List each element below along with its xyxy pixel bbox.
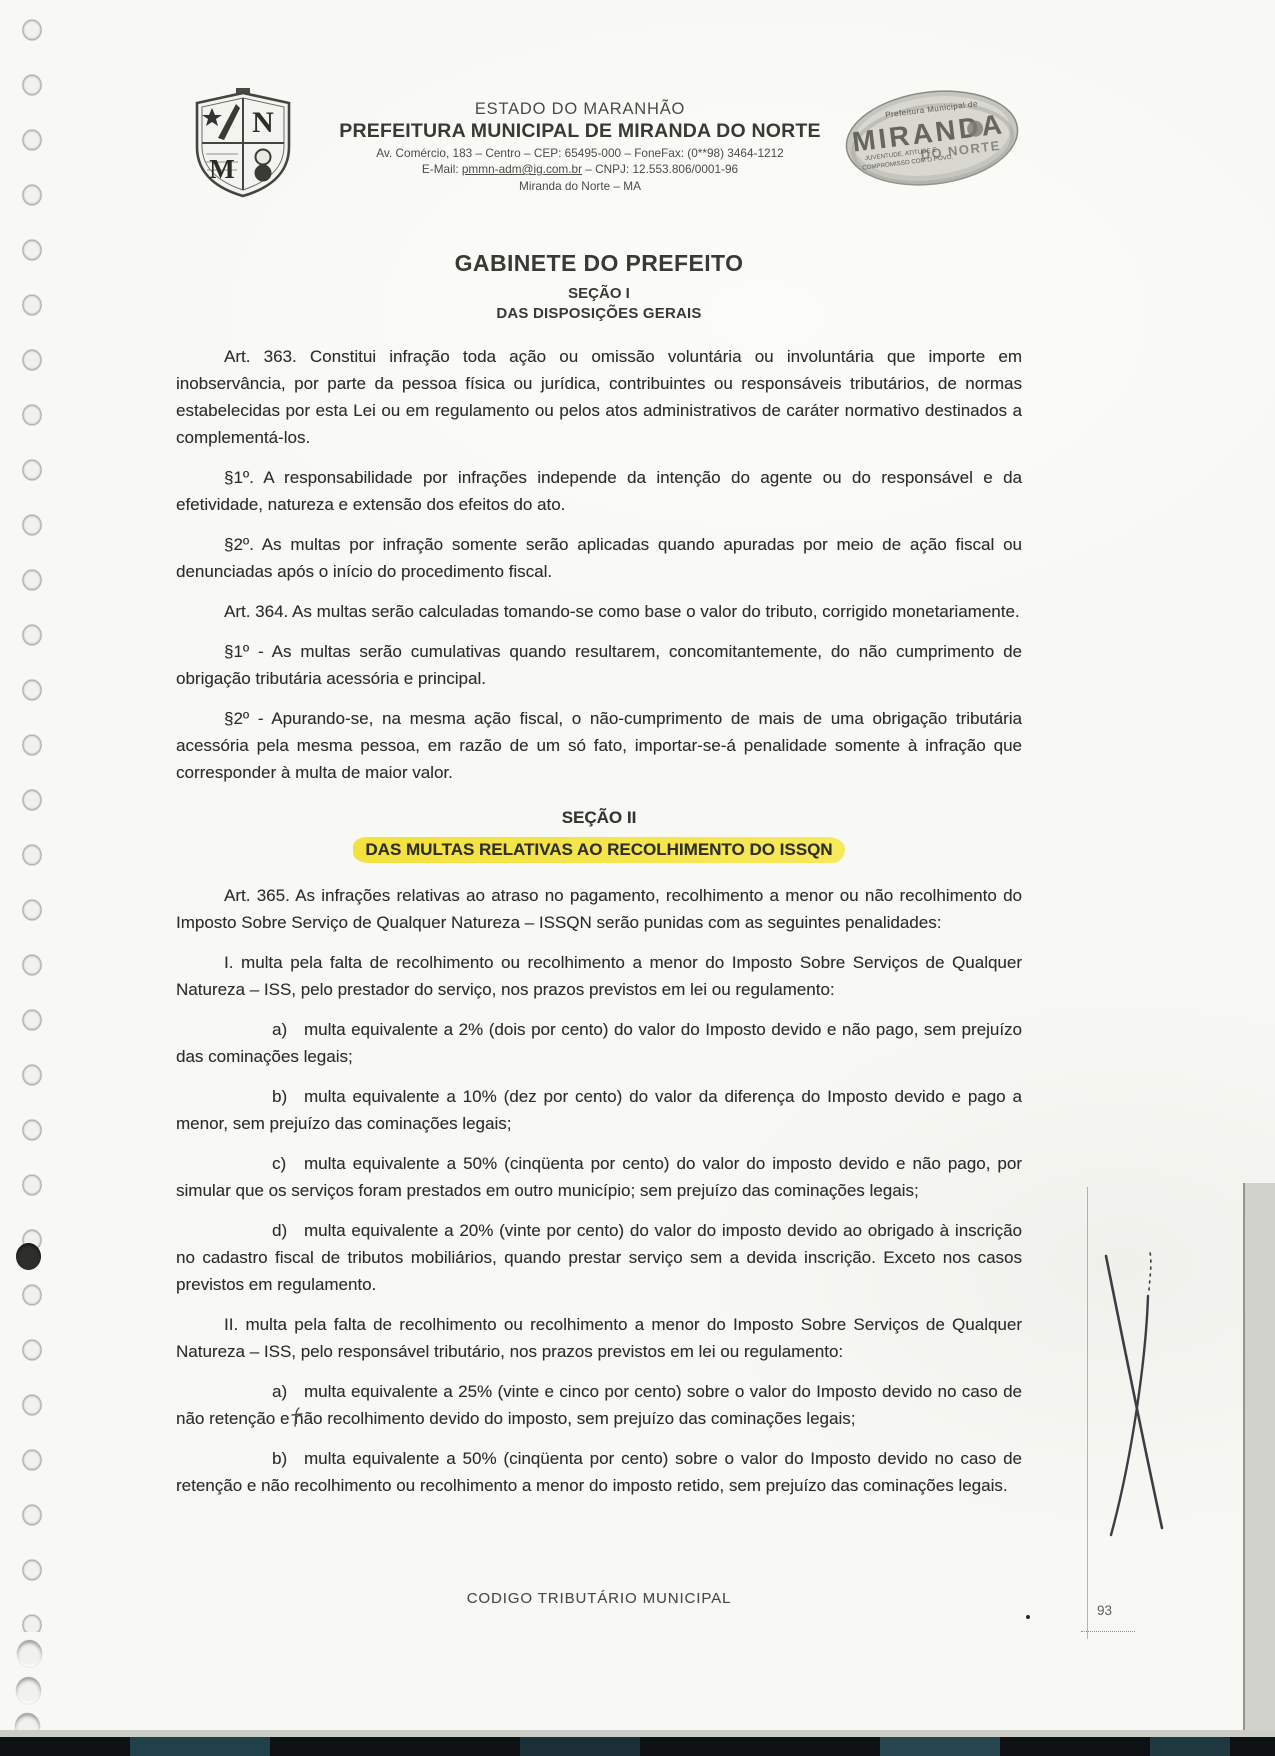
crest-letter-n: N bbox=[252, 106, 274, 139]
paragraph-item2: II. multa pela falta de recolhimento ou … bbox=[176, 1311, 1022, 1365]
dotted-line bbox=[1081, 1631, 1135, 1632]
municipal-crest-icon: N M bbox=[192, 88, 294, 205]
footer-doc-title: CODIGO TRIBUTÁRIO MUNICIPAL bbox=[176, 1590, 1022, 1607]
item-label: a) bbox=[224, 1016, 304, 1043]
paragraph-item1: I. multa pela falta de recolhimento ou r… bbox=[176, 949, 1022, 1003]
paragraph-art365: Art. 365. As infrações relativas ao atra… bbox=[176, 882, 1022, 936]
binder-hole bbox=[16, 1677, 41, 1704]
paragraph-art363: Art. 363. Constitui infração toda ação o… bbox=[176, 343, 1022, 451]
item-label: a) bbox=[224, 1378, 304, 1405]
paragraph-s1p1: §1º. A responsabilidade por infrações in… bbox=[176, 464, 1022, 518]
section1-heading: SEÇÃO I bbox=[176, 285, 1022, 302]
section2-subheading: DAS MULTAS RELATIVAS AO RECOLHIMENTO DO … bbox=[176, 836, 1022, 863]
item-label: b) bbox=[224, 1445, 304, 1472]
paragraph-item1c: c)multa equivalente a 50% (cinqüenta por… bbox=[176, 1150, 1022, 1204]
page-bottom-edge bbox=[0, 1730, 1275, 1737]
paragraph-s1p2: §2º. As multas por infração somente serã… bbox=[176, 531, 1022, 585]
header-city: Miranda do Norte – MA bbox=[318, 179, 842, 193]
page-title: GABINETE DO PREFEITO bbox=[176, 250, 1022, 277]
header-address: Av. Comércio, 183 – Centro – CEP: 65495-… bbox=[318, 146, 842, 160]
email-label: E-Mail: bbox=[422, 162, 462, 176]
header-municipality: PREFEITURA MUNICIPAL DE MIRANDA DO NORTE bbox=[318, 120, 842, 143]
paragraph-s2p1: §1º - As multas serão cumulativas quando… bbox=[176, 638, 1022, 692]
header-cnpj: – CNPJ: 12.553.806/0001-96 bbox=[582, 162, 738, 176]
item-label: b) bbox=[224, 1083, 304, 1110]
binder-hole bbox=[17, 1640, 42, 1667]
document-title-block: GABINETE DO PREFEITO SEÇÃO I DAS DISPOSI… bbox=[176, 250, 1022, 322]
ink-dot bbox=[1026, 1615, 1030, 1619]
paragraph-item1a: a)multa equivalente a 2% (dois por cento… bbox=[176, 1016, 1022, 1070]
header-state: ESTADO DO MARANHÃO bbox=[318, 100, 842, 119]
paragraph-art364: Art. 364. As multas serão calculadas tom… bbox=[176, 598, 1022, 625]
item-label: c) bbox=[224, 1150, 304, 1177]
crest-letter-m: M bbox=[209, 154, 234, 184]
section1-subheading: DAS DISPOSIÇÕES GERAIS bbox=[176, 305, 1022, 322]
pen-tick-mark bbox=[290, 1406, 304, 1433]
document-body: Art. 363. Constitui infração toda ação o… bbox=[176, 343, 1022, 1512]
item-label: d) bbox=[224, 1217, 304, 1244]
highlighted-text: DAS MULTAS RELATIVAS AO RECOLHIMENTO DO … bbox=[353, 837, 844, 863]
email-address: pmmn-adm@ig.com.br bbox=[462, 162, 582, 176]
letterhead: ESTADO DO MARANHÃO PREFEITURA MUNICIPAL … bbox=[318, 100, 842, 193]
scanner-background bbox=[0, 1737, 1275, 1756]
paragraph-item1b: b)multa equivalente a 10% (dez por cento… bbox=[176, 1083, 1022, 1137]
paragraph-item1d: d)multa equivalente a 20% (vinte por cen… bbox=[176, 1217, 1022, 1298]
section2-heading: SEÇÃO II bbox=[176, 804, 1022, 831]
binder-hole-filled bbox=[16, 1243, 41, 1270]
paragraph-item2b: b)multa equivalente a 50% (cinqüenta por… bbox=[176, 1445, 1022, 1499]
header-email-line: E-Mail: pmmn-adm@ig.com.br – CNPJ: 12.55… bbox=[318, 162, 842, 176]
paragraph-s2p2: §2º - Apurando-se, na mesma ação fiscal,… bbox=[176, 705, 1022, 786]
scanned-document-page: N M ESTADO DO MARANHÃO PREFEITURA MUNICI… bbox=[0, 0, 1275, 1756]
page-number: 93 bbox=[1097, 1603, 1112, 1618]
pen-x-mark bbox=[1088, 1248, 1180, 1548]
paper-edge-shadow bbox=[1243, 1183, 1275, 1736]
binder-holes bbox=[12, 4, 52, 1632]
miranda-oval-logo: Prefeitura Municipal de MIRANDA DO NORTE… bbox=[843, 86, 1021, 195]
